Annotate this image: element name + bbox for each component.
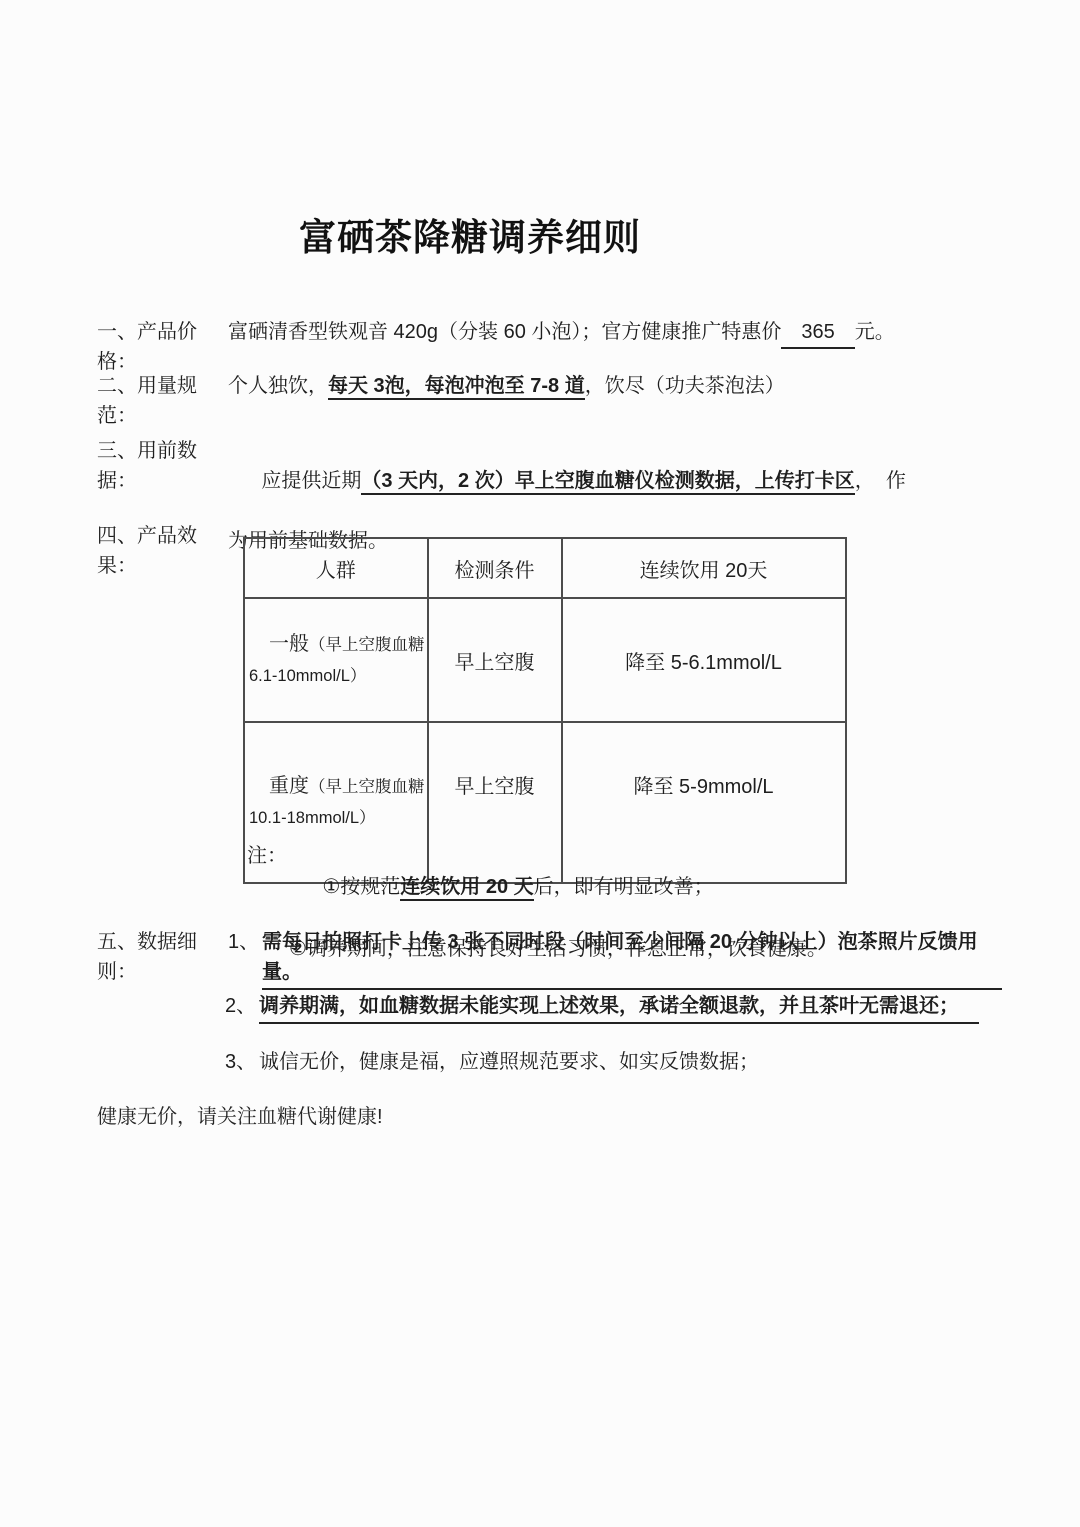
section-rules-label: 五、数据细则： (97, 927, 228, 990)
group-cell: 一般（早上空腹血糖 6.1-10mmol/L） (244, 598, 428, 722)
rule-text: 诚信无价，健康是福，应遵照规范要求、如实反馈数据； (259, 1047, 759, 1077)
rule-item-3: 3、 诚信无价，健康是福，应遵照规范要求、如实反馈数据； (225, 1047, 1015, 1077)
group-paren: （早上空腹血糖 (309, 636, 425, 654)
price-value: 365 (781, 317, 854, 349)
section-price-content: 富硒清香型铁观音 420g（分装 60 小泡）；官方健康推广特惠价365元。 (228, 317, 1002, 377)
group-name: 重度 (269, 775, 309, 797)
header-cell-result: 连续饮用 20天 (562, 538, 846, 598)
section-price: 一、产品价格： 富硒清香型铁观音 420g（分装 60 小泡）；官方健康推广特惠… (97, 317, 1002, 377)
rule-text: 调养期满，如血糖数据未能实现上述效果，承诺全额退款，并且茶叶无需退还； (259, 991, 979, 1024)
rule-text: 需每日拍照打卡上传 3 张不同时段（时间至少间隔 20 分钟以上）泡茶照片反馈用… (262, 927, 1002, 990)
section-dosage-content: 个人独饮，每天 3泡，每泡冲泡至 7-8 道，饮尽（功夫茶泡法） (228, 371, 1002, 431)
rule-item-2: 2、 调养期满，如血糖数据未能实现上述效果，承诺全额退款，并且茶叶无需退还； (225, 991, 1015, 1024)
group-line1: 一般（早上空腹血糖 (247, 629, 425, 661)
dosage-emphasis: 每天 3泡，每泡冲泡至 7-8 道 (328, 375, 585, 400)
table-row: 一般（早上空腹血糖 6.1-10mmol/L） 早上空腹 降至 5-6.1mmo… (244, 598, 846, 722)
section-rules: 五、数据细则： 1、需每日拍照打卡上传 3 张不同时段（时间至少间隔 20 分钟… (97, 927, 1002, 990)
price-unit: 元。 (855, 321, 895, 343)
predata-pre: 应提供近期 (261, 470, 361, 492)
group-range: 10.1-18mmol/L） (247, 803, 425, 834)
result-cell: 降至 5-6.1mmol/L (562, 598, 846, 722)
note1-emphasis: 连续饮用 20 天 (400, 876, 533, 901)
section-number: 二、 (97, 375, 137, 397)
page-title: 富硒茶降糖调养细则 (50, 207, 890, 261)
section-number: 一、 (97, 321, 137, 343)
predata-emphasis: （3 天内，2 次）早上空腹血糖仪检测数据，上传打卡区 (361, 470, 854, 495)
section-dosage-label: 二、用量规范： (97, 371, 228, 431)
dosage-post: ，饮尽（功夫茶泡法） (585, 375, 785, 397)
group-paren: （早上空腹血糖 (309, 778, 425, 796)
header-cell-condition: 检测条件 (428, 538, 562, 598)
rule-number: 3、 (225, 1047, 259, 1077)
group-name: 一般 (269, 633, 309, 655)
rule-number: 2、 (225, 991, 259, 1024)
price-text: 富硒清香型铁观音 420g（分装 60 小泡）；官方健康推广特惠价 (228, 321, 781, 343)
note1-post: 后，即有明显改善； (534, 876, 714, 898)
section-number: 三、 (97, 440, 137, 462)
table-header-row: 人群 检测条件 连续饮用 20天 (244, 538, 846, 598)
condition-cell: 早上空腹 (428, 598, 562, 722)
predata-line1: 应提供近期（3 天内，2 次）早上空腹血糖仪检测数据，上传打卡区， 作 (261, 470, 905, 495)
document-page: 富硒茶降糖调养细则 一、产品价格： 富硒清香型铁观音 420g（分装 60 小泡… (0, 0, 1080, 1527)
group-range: 6.1-10mmol/L） (247, 661, 425, 692)
predata-post: ， 作 (855, 470, 906, 492)
dosage-pre: 个人独饮， (228, 375, 328, 397)
footer-note: 健康无价，请关注血糖代谢健康! (97, 1100, 383, 1129)
section-effect-label: 四、产品效果： (97, 521, 228, 581)
section-number: 五、 (97, 931, 137, 953)
section-number: 四、 (97, 525, 137, 547)
header-cell-group: 人群 (244, 538, 428, 598)
rule-item-1: 1、需每日拍照打卡上传 3 张不同时段（时间至少间隔 20 分钟以上）泡茶照片反… (228, 927, 1002, 990)
rule-number: 1、 (228, 927, 262, 990)
note-line-1: ①按规范连续饮用 20 天后，即有明显改善； (322, 876, 713, 901)
section-dosage: 二、用量规范： 个人独饮，每天 3泡，每泡冲泡至 7-8 道，饮尽（功夫茶泡法） (97, 371, 1002, 431)
effect-table: 人群 检测条件 连续饮用 20天 一般（早上空腹血糖 6.1-10mmol/L）… (243, 537, 847, 884)
group-line1: 重度（早上空腹血糖 (247, 771, 425, 803)
note1-pre: ①按规范 (322, 876, 400, 898)
section-price-label: 一、产品价格： (97, 317, 228, 377)
